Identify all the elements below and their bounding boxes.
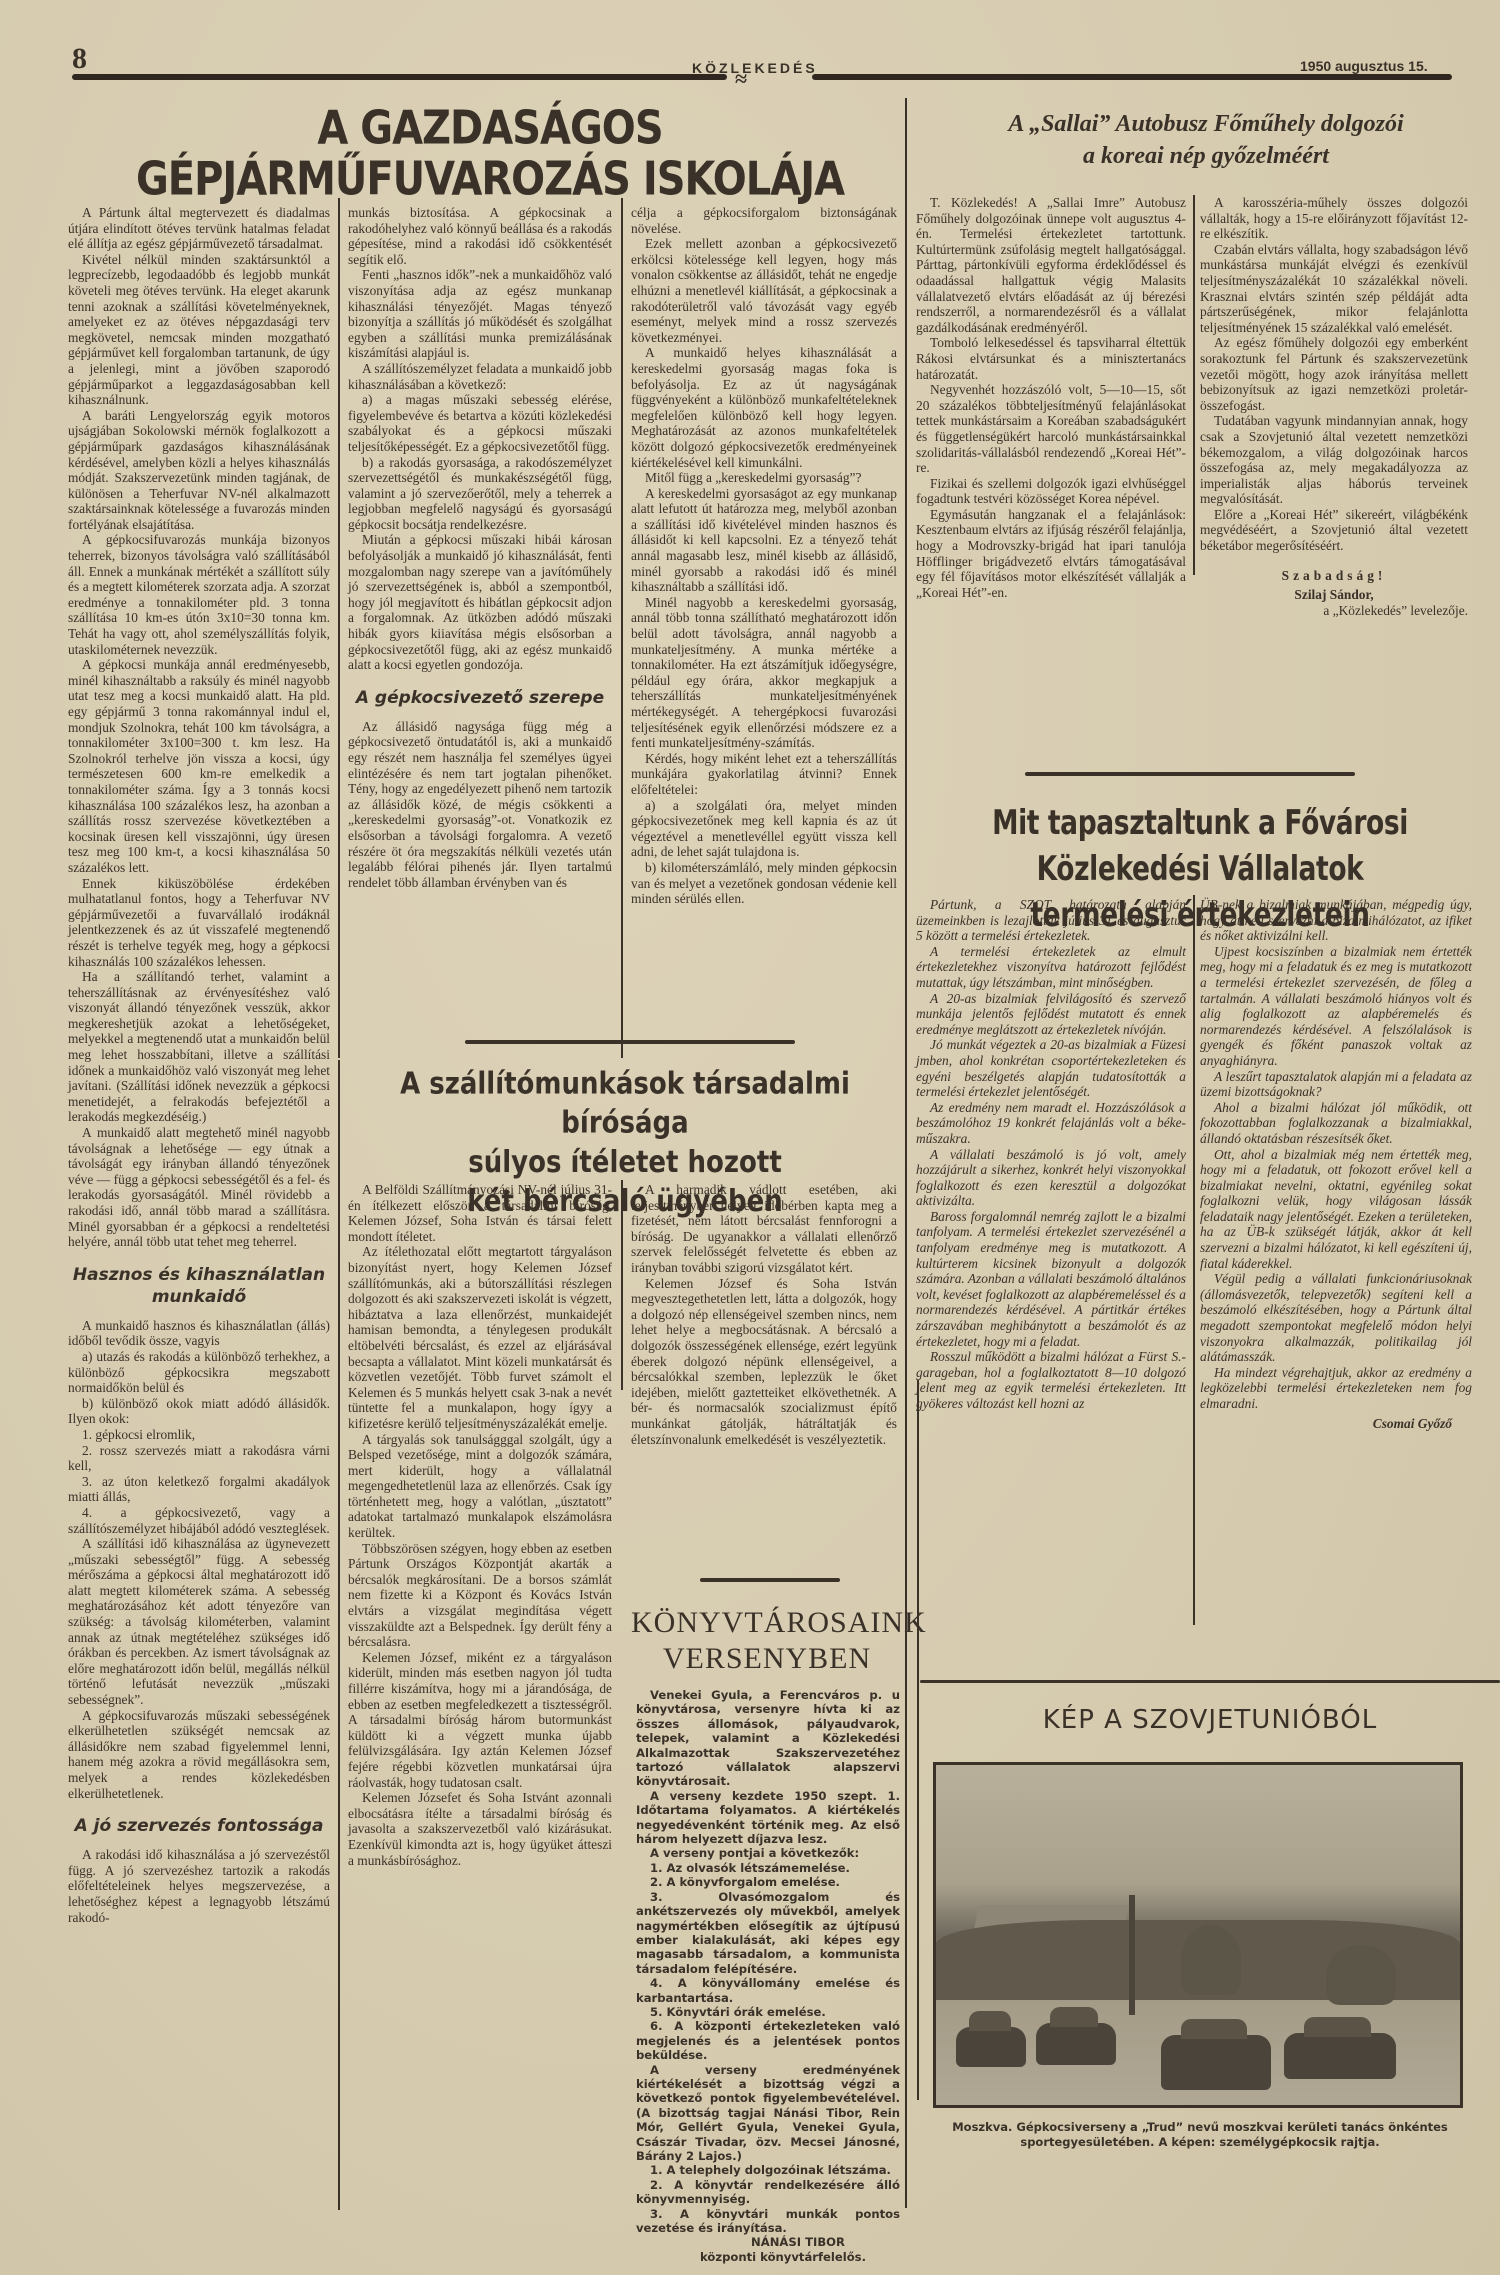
list-item: 6. A központi értekezleteken való megjel… bbox=[636, 2019, 900, 2062]
wave-ornament-icon: ≈ bbox=[735, 66, 747, 92]
car bbox=[1161, 2035, 1271, 2090]
header-rule-left bbox=[72, 74, 727, 80]
sallai-article-column-1: T. Közlekedés! A „Sallai Imre” Autobusz … bbox=[916, 195, 1186, 600]
paragraph: A rakodási idő kihasználása a jó szervez… bbox=[68, 1847, 330, 1925]
caption-line-2: sportegyesületében. A képen: személygépk… bbox=[920, 2135, 1480, 2150]
paragraph: Az állásidő nagysága függ még a gépkocsi… bbox=[348, 719, 612, 891]
paragraph: Egymásután hangzanak el a felajánlások: … bbox=[916, 507, 1186, 601]
paragraph: A karosszéria-műhely összes dolgozói vál… bbox=[1200, 195, 1468, 242]
paragraph: Az ítélethozatal előtt megtartott tárgya… bbox=[348, 1244, 612, 1431]
paragraph: Rosszul működött a bizalmi hálózat a Für… bbox=[916, 1349, 1186, 1411]
article-separator bbox=[1025, 772, 1355, 776]
paragraph: Venekei Gyula, a Ferencváros p. u könyvt… bbox=[636, 1688, 900, 1789]
list-item: 1. A telephely dolgozóinak létszáma. bbox=[636, 2163, 900, 2177]
paragraph: Tudatában vagyunk mindannyian annak, hog… bbox=[1200, 413, 1468, 507]
fkv-article-column-2: ÜB-nek a bizalmiak munkájában, mégpedig … bbox=[1200, 897, 1472, 1431]
column-divider bbox=[917, 1380, 919, 2100]
paragraph: A verseny pontjai a következők: bbox=[636, 1846, 900, 1860]
dateline: 1950 augusztus 15. bbox=[1300, 58, 1428, 74]
paragraph: Ezek mellett azonban a gépkocsivezető er… bbox=[631, 236, 897, 345]
main-article-headline: A GAZDASÁGOS GÉPJÁRMŰFUVAROZÁS ISKOLÁJA bbox=[80, 103, 900, 204]
column-divider bbox=[1193, 195, 1195, 575]
paragraph: Miután a gépkocsi műszaki hibái károsan … bbox=[348, 532, 612, 672]
paragraph: A szállítószemélyzet feladata a munkaidő… bbox=[348, 361, 612, 392]
paragraph: A baráti Lengyelország egyik motoros ujs… bbox=[68, 408, 330, 533]
column-divider bbox=[338, 1060, 340, 2210]
newspaper-page: 8 KÖZLEKEDÉS 1950 augusztus 15. ≈ A GAZD… bbox=[0, 0, 1500, 2275]
subheading: A jó szervezés fontossága bbox=[68, 1815, 330, 1837]
sallai-article-column-2: A karosszéria-műhely összes dolgozói vál… bbox=[1200, 195, 1468, 618]
paragraph: b) különböző okok miatt adódó állásidők.… bbox=[68, 1396, 330, 1427]
paragraph: Előre a „Koreai Hét” sikereért, világbék… bbox=[1200, 507, 1468, 554]
paragraph: A Pártunk által megtervezett és diadalma… bbox=[68, 205, 330, 252]
list-item: 1. Az olvasók létszámemelése. bbox=[636, 1861, 900, 1875]
paragraph: Az eredmény nem maradt el. Hozzászólások… bbox=[916, 1100, 1186, 1147]
paragraph: Kelemen Józsefet és Soha Istvánt azonnal… bbox=[348, 1790, 612, 1868]
signature-title: a „Közlekedés” levelezője. bbox=[1200, 603, 1468, 619]
list-item: 3. az úton keletkező forgalmi akadályok … bbox=[68, 1474, 330, 1505]
paragraph: A verseny eredményének kiértékelését a b… bbox=[636, 2063, 900, 2164]
list-item: b) kilométerszámláló, mely minden gépkoc… bbox=[631, 860, 897, 907]
paragraph: célja a gépkocsiforgalom biztonságának n… bbox=[631, 205, 897, 236]
paragraph: Többszörösen szégyen, hogy ebben az eset… bbox=[348, 1541, 612, 1650]
car bbox=[1036, 2023, 1116, 2065]
column-divider bbox=[1193, 895, 1195, 1625]
paragraph: Ha a szállítandó terhet, valamint a tehe… bbox=[68, 969, 330, 1125]
column-divider bbox=[621, 198, 623, 1058]
paragraph: A munkaidő hasznos és kihasználatlan (ál… bbox=[68, 1318, 330, 1349]
headline-line-1: A „Sallai” Autobusz Főműhely dolgozói bbox=[912, 108, 1500, 140]
paragraph: Az egész főműhely dolgozói egy emberként… bbox=[1200, 335, 1468, 413]
paragraph: A kereskedelmi gyorsaságot az egy munkan… bbox=[631, 486, 897, 595]
paragraph: Kérdés, hogy miként lehet ezt a teherszá… bbox=[631, 751, 897, 798]
paragraph: A gépkocsifuvarozás műszaki sebességének… bbox=[68, 1708, 330, 1802]
paragraph: Kelemen József, miként ez a tárgyaláson … bbox=[348, 1650, 612, 1790]
list-item: 5. Könyvtári órák emelése. bbox=[636, 2005, 900, 2019]
paragraph: A munkaidő alatt megtehető minél nagyobb… bbox=[68, 1125, 330, 1250]
paragraph: Negyvenhét hozzászóló volt, 5—10—15, sőt… bbox=[916, 382, 1186, 476]
header-rule-right bbox=[812, 74, 1452, 80]
paragraph: Pártunk, a SZOT határozata alapján üzeme… bbox=[916, 897, 1186, 944]
paragraph: Czabán elvtárs vállalta, hogy szabadságo… bbox=[1200, 242, 1468, 336]
paragraph: Kelemen József és Soha István megveszteg… bbox=[631, 1276, 897, 1448]
headline-line-2: GÉPJÁRMŰFUVAROZÁS ISKOLÁJA bbox=[80, 154, 900, 205]
list-item: 4. a gépkocsivezető, vagy a szállítószem… bbox=[68, 1505, 330, 1536]
photo-feature-title: KÉP A SZOVJETUNIÓBÓL bbox=[930, 1705, 1490, 1735]
paragraph: A verseny kezdete 1950 szept. 1. Időtart… bbox=[636, 1789, 900, 1847]
list-item: 2. A könyvtár rendelkezésére álló könyvm… bbox=[636, 2178, 900, 2207]
photo-caption: Moszkva. Gépkocsiverseny a „Trud” nevű m… bbox=[920, 2120, 1480, 2150]
paragraph: T. Közlekedés! A „Sallai Imre” Autobusz … bbox=[916, 195, 1186, 335]
main-article-column-2: munkás biztosítása. A gépkocsinak a rako… bbox=[348, 205, 612, 890]
paragraph: Ujpest kocsiszínben a bizalmiak nem érte… bbox=[1200, 944, 1472, 1069]
paragraph: Végül pedig a vállalati funkcionáriusokn… bbox=[1200, 1271, 1472, 1365]
paragraph: A leszűrt tapasztalatok alapján mi a fel… bbox=[1200, 1069, 1472, 1100]
paragraph: A termelési értekezletek az elmult értek… bbox=[916, 944, 1186, 991]
paragraph: Fenti „hasznos idők”-nek a munkaidőhöz v… bbox=[348, 267, 612, 361]
caption-line-1: Moszkva. Gépkocsiverseny a „Trud” nevű m… bbox=[920, 2120, 1480, 2135]
library-article-body: Venekei Gyula, a Ferencváros p. u könyvt… bbox=[636, 1688, 900, 2264]
court-article-column-1: A Belföldi Szállítmányozási NV-nél júliu… bbox=[348, 1182, 612, 1868]
paragraph: Minél nagyobb a kereskedelmi gyorsaság, … bbox=[631, 595, 897, 751]
headline-line-1: Mit tapasztaltunk a Fővárosi Közlekedési… bbox=[950, 800, 1449, 892]
paragraph: A harmadik vádlott esetében, aki teljesí… bbox=[631, 1182, 897, 1276]
paragraph: A gépkocsi munkája annál eredményesebb, … bbox=[68, 657, 330, 875]
list-item: 3. Olvasómozgalom és ankétszervezés oly … bbox=[636, 1890, 900, 1976]
paragraph: A vállalati beszámoló is jó volt, amely … bbox=[916, 1147, 1186, 1209]
article-separator bbox=[465, 1040, 795, 1044]
signature-name: Csomai Győző bbox=[1200, 1416, 1472, 1432]
article-separator bbox=[700, 1578, 840, 1582]
subheading: A gépkocsivezető szerepe bbox=[348, 687, 612, 709]
paragraph: munkás biztosítása. A gépkocsinak a rako… bbox=[348, 205, 612, 267]
paragraph: A Belföldi Szállítmányozási NV-nél júliu… bbox=[348, 1182, 612, 1244]
sallai-article-headline: A „Sallai” Autobusz Főműhely dolgozói a … bbox=[912, 108, 1500, 172]
paragraph: Tomboló lelkesedéssel és tapsviharral él… bbox=[916, 335, 1186, 382]
paragraph: Mitől függ a „kereskedelmi gyorsaság”? bbox=[631, 470, 897, 486]
paragraph: A gépkocsifuvarozás munkája bizonyos teh… bbox=[68, 532, 330, 657]
car bbox=[956, 2027, 1026, 2067]
flag-pole bbox=[1129, 1895, 1135, 2015]
car bbox=[1284, 2033, 1396, 2079]
paragraph: ÜB-nek a bizalmiak munkájában, mégpedig … bbox=[1200, 897, 1472, 944]
article-separator bbox=[920, 1680, 1500, 1683]
list-item: 3. A könyvtári munkák pontos vezetése és… bbox=[636, 2207, 900, 2236]
page-number: 8 bbox=[72, 42, 87, 76]
list-item: 2. A könyvforgalom emelése. bbox=[636, 1875, 900, 1889]
main-article-column-1: A Pártunk által megtervezett és diadalma… bbox=[68, 205, 330, 1925]
paragraph: Baross forgalomnál nemrég zajlott le a b… bbox=[916, 1209, 1186, 1349]
signature-name: Szilaj Sándor, bbox=[1200, 587, 1468, 603]
library-article-headline: KÖNYVTÁROSAINK VERSENYBEN bbox=[631, 1605, 903, 1677]
signature-name: NÁNÁSI TIBOR bbox=[636, 2235, 900, 2249]
list-item: 1. gépkocsi elromlik, bbox=[68, 1427, 330, 1443]
closing-salute: Szabadság! bbox=[1200, 568, 1468, 584]
list-item: a) a magas műszaki sebesség elérése, fig… bbox=[348, 392, 612, 454]
paragraph: Ahol a bizalmi hálózat jól működik, ott … bbox=[1200, 1100, 1472, 1147]
paragraph: Fizikai és szellemi dolgozók igazi elvhű… bbox=[916, 476, 1186, 507]
headline-line-2: súlyos ítéletet hozott bbox=[345, 1143, 905, 1182]
photo-car-race bbox=[933, 1762, 1463, 2108]
column-divider bbox=[338, 198, 340, 1058]
list-item: 2. rossz szervezés miatt a rakodásra vár… bbox=[68, 1443, 330, 1474]
main-article-column-3: célja a gépkocsiforgalom biztonságának n… bbox=[631, 205, 897, 907]
headline-line-1: A GAZDASÁGOS bbox=[80, 103, 900, 154]
paragraph: Ha mindezt végrehajtjuk, akkor az eredmé… bbox=[1200, 1365, 1472, 1412]
list-item: 4. A könyvállomány emelése és karbantart… bbox=[636, 1976, 900, 2005]
paragraph: a) utazás és rakodás a különböző terhekh… bbox=[68, 1349, 330, 1396]
paragraph: A tárgyalás sok tanulságggal szolgált, ú… bbox=[348, 1432, 612, 1541]
paragraph: A szállítási idő kihasználása az ügyneve… bbox=[68, 1536, 330, 1708]
column-divider-main bbox=[905, 98, 907, 2208]
signature-title: központi könyvtárfelelős. bbox=[636, 2250, 900, 2264]
tree bbox=[1326, 1945, 1396, 2005]
paragraph: A 20-as bizalmiak felvilágosító és szerv… bbox=[916, 991, 1186, 1038]
paragraph: Ott, ahol a bizalmiak még nem értették m… bbox=[1200, 1147, 1472, 1272]
headline-line-2: VERSENYBEN bbox=[631, 1641, 903, 1677]
paragraph: Ennek kiküszöbölése érdekében mulhatatla… bbox=[68, 876, 330, 970]
headline-line-2: a koreai nép győzelméért bbox=[912, 140, 1500, 172]
tree bbox=[1181, 1925, 1241, 1995]
paragraph: A munkaidő helyes kihasználását a keresk… bbox=[631, 345, 897, 470]
list-item: a) a szolgálati óra, melyet minden gépko… bbox=[631, 798, 897, 860]
list-item: b) a rakodás gyorsasága, a rakodószemély… bbox=[348, 455, 612, 533]
paragraph: Kivétel nélkül minden szaktársunktól a l… bbox=[68, 252, 330, 408]
fkv-article-column-1: Pártunk, a SZOT határozata alapján üzeme… bbox=[916, 897, 1186, 1412]
court-article-column-2: A harmadik vádlott esetében, aki teljesí… bbox=[631, 1182, 897, 1447]
subheading: Hasznos és kihasználatlan munkaidő bbox=[68, 1264, 330, 1308]
headline-line-1: KÖNYVTÁROSAINK bbox=[631, 1605, 903, 1641]
paragraph: Jó munkát végeztek a 20-as bizalmiak a F… bbox=[916, 1037, 1186, 1099]
headline-line-1: A szállítómunkások társadalmi bírósága bbox=[345, 1065, 905, 1143]
